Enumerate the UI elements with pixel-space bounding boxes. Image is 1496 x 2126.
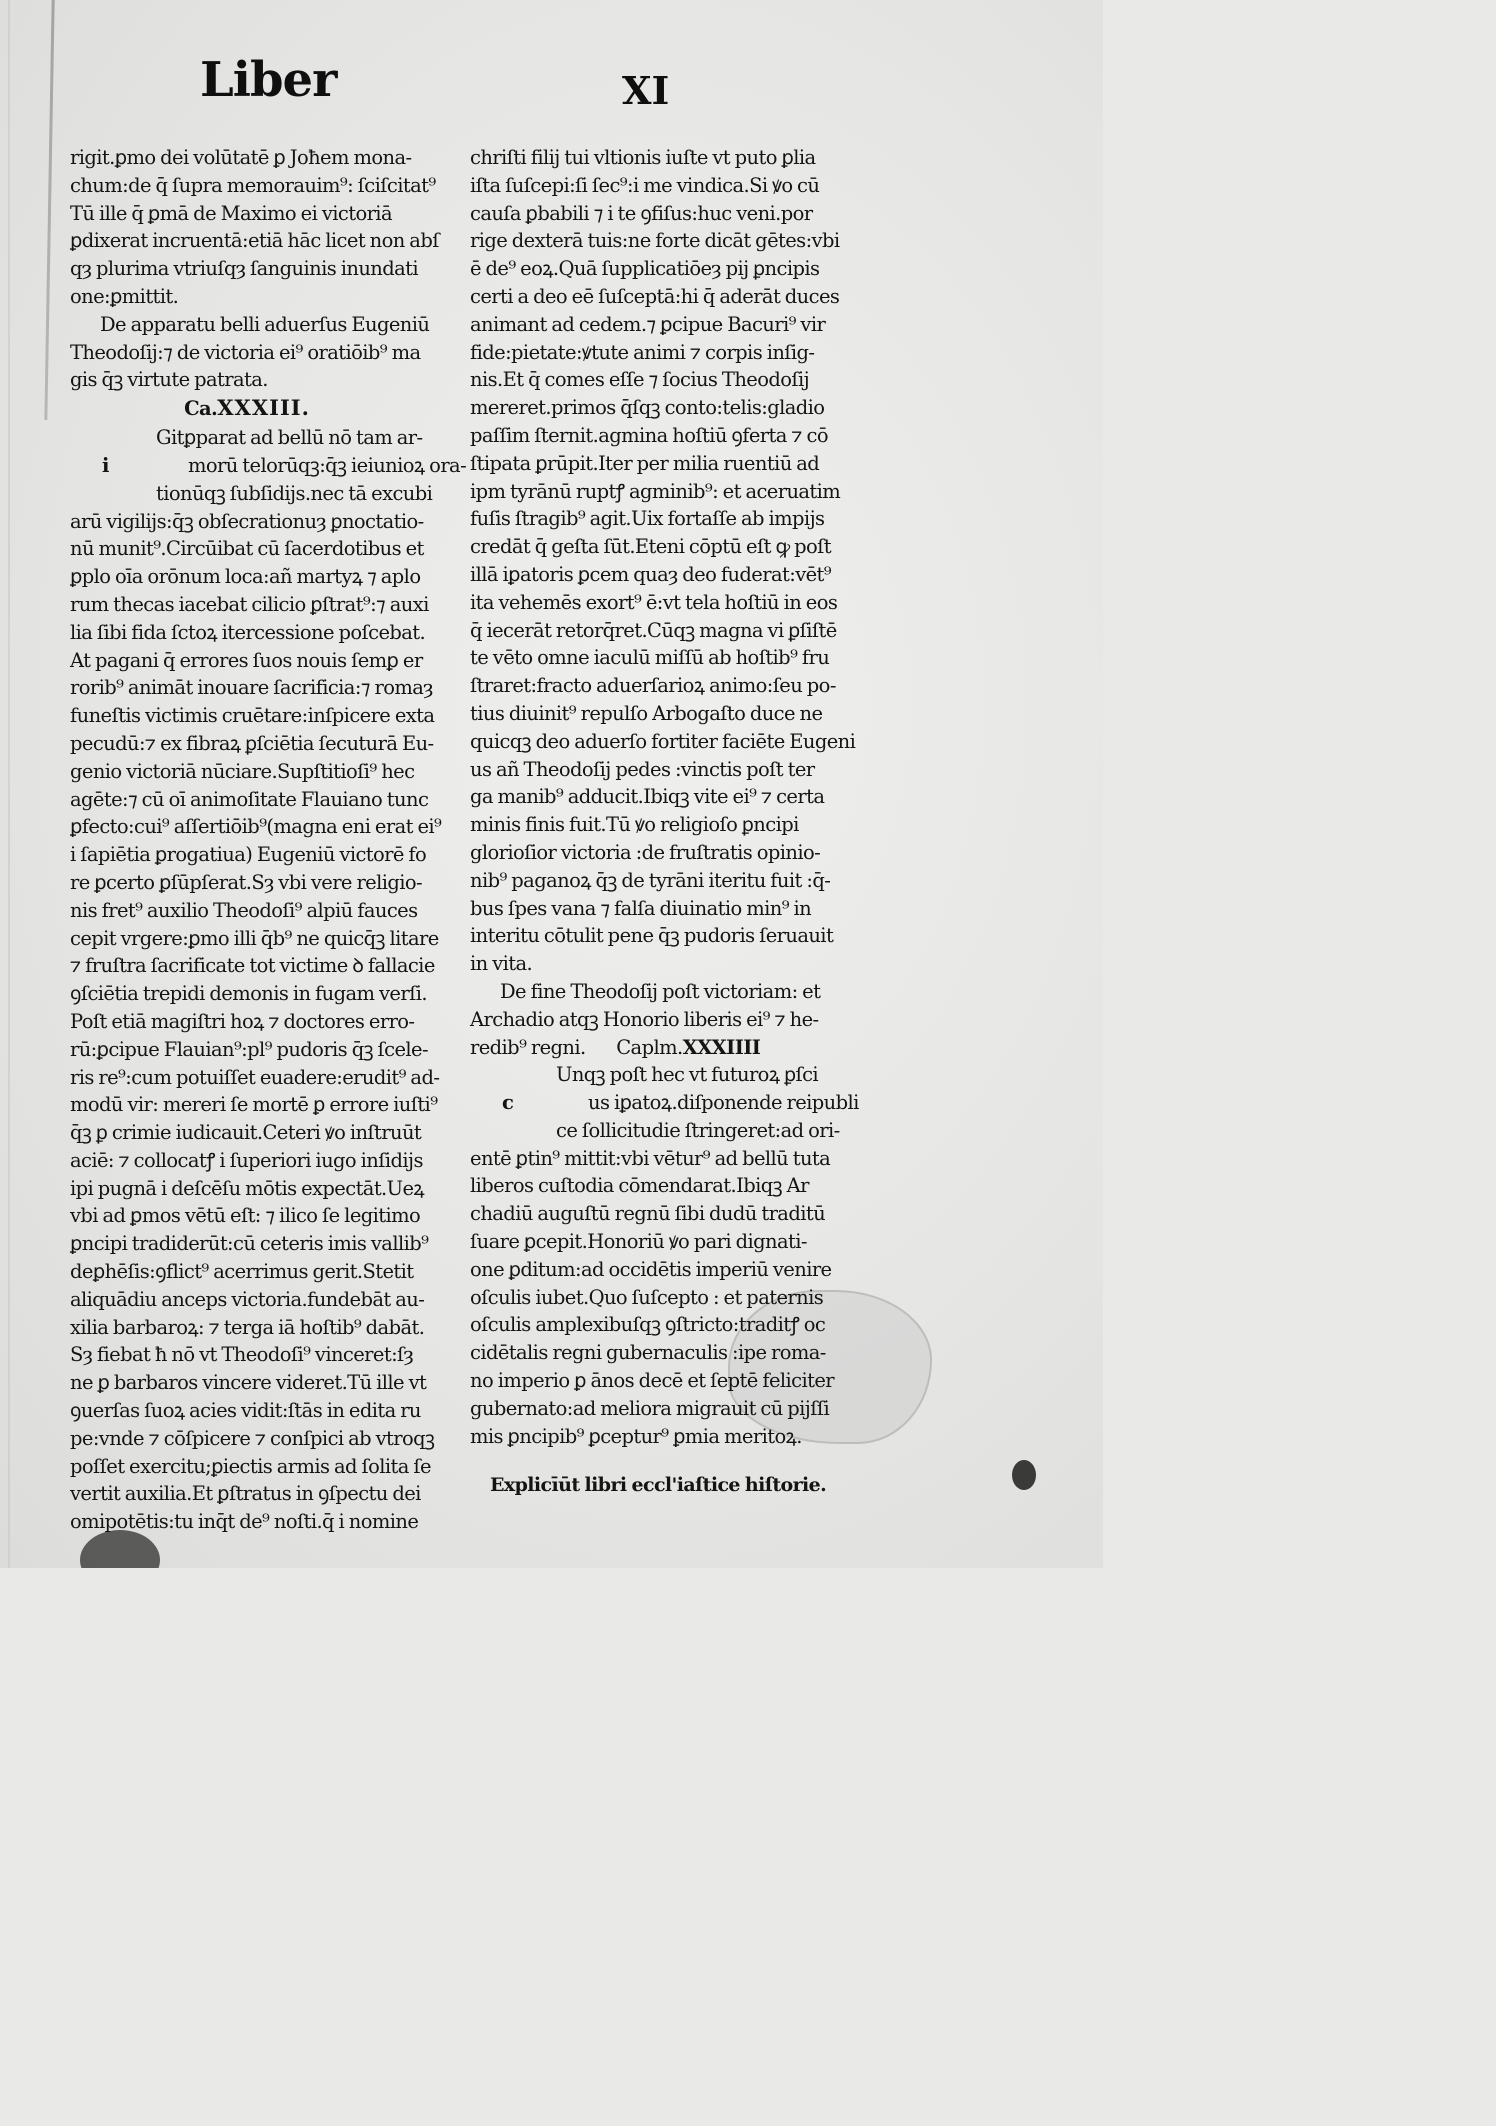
text-line: no imperio ꝑ ānos decē et ſeptē felicite… bbox=[470, 1367, 824, 1395]
text-line: ꝑfecto:cui⁹ aſſertiōib⁹(magna eni erat e… bbox=[70, 813, 424, 841]
text-line: cepit vrgere:ꝑmo illi q̄b⁹ ne quicq̄ꝫ li… bbox=[70, 925, 424, 953]
text-line: ꝯuerſas ſuoꝝ acies vidit:ſtās in edita r… bbox=[70, 1397, 424, 1425]
text-line: re ꝑcerto ꝑſūpſerat.Sȝ vbi vere religio- bbox=[70, 869, 424, 897]
text-line: ſtipata ꝑrūpit.Iter per milia ruentiū ad bbox=[470, 450, 824, 478]
ink-blot bbox=[1012, 1460, 1036, 1490]
text-line: nis.Et q̄ comes eſſe ⁊ ſocius Theodoſij bbox=[470, 366, 824, 394]
text-line: credāt q̄ geſta ſūt.Eteni cōptū eſt ꝙ po… bbox=[470, 533, 824, 561]
text-line: us añ Theodoſij pedes :vinctis poſt ter bbox=[470, 756, 824, 784]
text-line: chadiū auguſtū regnū ſibi dudū traditū bbox=[470, 1200, 824, 1228]
right-column: chriſti filij tui vltionis iuſte vt puto… bbox=[470, 144, 824, 1500]
text-line: quicqꝫ deo aduerſo fortiter faciēte Euge… bbox=[470, 728, 824, 756]
text-line: xilia barbaroꝝ: ⁊ terga iā hoſtib⁹ dabāt… bbox=[70, 1314, 424, 1342]
text-line: ga manib⁹ adducit.Ibiqꝫ vite ei⁹ ⁊ certa bbox=[470, 783, 824, 811]
guide-letter: c bbox=[470, 1089, 588, 1117]
text-line: one:ꝑmittit. bbox=[70, 283, 424, 311]
text-line: ꝯſciētia trepidi demonis in fugam verſi. bbox=[70, 980, 424, 1008]
text-line: ē de⁹ eoꝝ.Quā ſupplicatiōeȝ pij ꝑncipis bbox=[470, 255, 824, 283]
text-line: funeſtis victimis cruētare:inſpicere ext… bbox=[70, 702, 424, 730]
text-line: ſuare ꝑcepit.Honoriū ꝟo pari dignati- bbox=[470, 1228, 824, 1256]
text-line: iſta ſuſcepi:ſi ſec⁹:i me vindica.Si ꝟo … bbox=[470, 172, 824, 200]
text-line: illā iꝑatoris ꝑcem quaȝ deo fuderat:vēt⁹ bbox=[470, 561, 824, 589]
text-line: pe:vnde ⁊ cōſpicere ⁊ conſpici ab vtroqꝫ bbox=[70, 1425, 424, 1453]
text-line: i ſapiētia ꝑrogatiua) Eugeniū victorē fo bbox=[70, 841, 424, 869]
text-line: aciē: ⁊ collocatꝭ i ſuperiori iugo inſid… bbox=[70, 1147, 424, 1175]
text-line: ipm tyrānū ruptꝭ agminib⁹: et aceruatim bbox=[470, 478, 824, 506]
text-line: tius diuinit⁹ repulſo Arbogaſto duce ne bbox=[470, 700, 824, 728]
text-line: deꝑhēſis:ꝯflict⁹ acerrimus gerit.Stetit bbox=[70, 1258, 424, 1286]
text-line: Tū ille q̄ ꝑmā de Maximo ei victoriā bbox=[70, 200, 424, 228]
text-line: mereret.primos q̄ſqꝫ conto:telis:gladio bbox=[470, 394, 824, 422]
text-line: rorib⁹ animāt inouare ſacrificia:⁊ romaȝ bbox=[70, 674, 424, 702]
text-line: Poſt etiā magiſtri hoꝝ ⁊ doctores erro- bbox=[70, 1008, 424, 1036]
text-line: lia ſibi fida ſctoꝝ itercessione poſceba… bbox=[70, 619, 424, 647]
text-line: Gitꝑparat ad bellū nō tam ar- bbox=[70, 424, 424, 452]
chapter-heading-line: Theodoſij:⁊ de victoria ei⁹ oratiōib⁹ ma bbox=[70, 339, 424, 367]
chapter-heading-line: Archadio atqꝫ Honorio liberis ei⁹ ⁊ he- bbox=[470, 1006, 824, 1034]
text-line: chriſti filij tui vltionis iuſte vt puto… bbox=[470, 144, 824, 172]
binding-crease bbox=[44, 0, 54, 420]
text-line: one ꝑditum:ad occidētis imperiū venire bbox=[470, 1256, 824, 1284]
text-line: imorū telorūqꝫ:q̄ꝫ ieiunioꝝ ora- bbox=[70, 452, 424, 480]
text-line: ſtraret:fracto aduerſarioꝝ animo:ſeu po- bbox=[470, 672, 824, 700]
paper-edge bbox=[8, 0, 10, 1568]
text-line: oſculis amplexibuſqꝫ ꝯſtricto:traditꝭ oc bbox=[470, 1311, 824, 1339]
text-line: modū vir: mereri ſe mortē ꝑ errore iuſti… bbox=[70, 1091, 424, 1119]
text-line: ita vehemēs exort⁹ ē:vt tela hoſtiū in e… bbox=[470, 589, 824, 617]
chapter-heading-line: redib⁹ regni. Caplm.XXXIIII bbox=[470, 1034, 824, 1062]
text-line: aliquādiu anceps victoria.fundebāt au- bbox=[70, 1286, 424, 1314]
text-line: nū munit⁹.Circūibat cū ſacerdotibus et bbox=[70, 535, 424, 563]
text-line: minis finis fuit.Tū ꝟo religioſo ꝑncipi bbox=[470, 811, 824, 839]
text-line: interitu cōtulit pene q̄ꝫ pudoris ſeruau… bbox=[470, 922, 824, 950]
text-line: ipi pugnā i deſcēſu mōtis expectāt.Ueꝝ bbox=[70, 1175, 424, 1203]
text-line: vbi ad ꝑmos vētū eſt: ⁊ ilico ſe legitim… bbox=[70, 1202, 424, 1230]
text-line: qȝ plurima vtriuſqȝ ſanguinis inundati bbox=[70, 255, 424, 283]
chapter-heading-line: De apparatu belli aduerſus Eugeniū bbox=[70, 311, 424, 339]
text-line: ꝑplo oīa orōnum loca:añ martyꝝ ⁊ aplo bbox=[70, 563, 424, 591]
text-line: nis fret⁹ auxilio Theodoſi⁹ alpiū fauces bbox=[70, 897, 424, 925]
manuscript-page: Liber XI rigit.ꝑmo dei volūtatē ꝑ Joħem … bbox=[0, 0, 1103, 1568]
text-line: q̄ꝫ ꝑ crimie iudicauit.Ceteri ꝟo inſtruū… bbox=[70, 1119, 424, 1147]
text-line: rum thecas iacebat cilicio ꝑſtrat⁹:⁊ aux… bbox=[70, 591, 424, 619]
text-line: omipotētis:tu inq̄t de⁹ noſti.q̄ i nomin… bbox=[70, 1508, 424, 1536]
text-line: fuſis ſtragib⁹ agit.Uix fortaſſe ab impi… bbox=[470, 505, 824, 533]
text-line: poſſet exercitu;ꝑiectis armis ad ſolita … bbox=[70, 1453, 424, 1481]
text-line: entē ꝑtin⁹ mittit:vbi vētur⁹ ad bellū tu… bbox=[470, 1145, 824, 1173]
text-line: genio victoriā nūciare.Supſtitioſi⁹ hec bbox=[70, 758, 424, 786]
text-line: rū:ꝑcipue Flauian⁹:pl⁹ pudoris q̄ꝫ ſcele… bbox=[70, 1036, 424, 1064]
text-line: glorioſior victoria :de fruſtratis opini… bbox=[470, 839, 824, 867]
text-line: q̄ iecerāt retorq̄ret.Cūqꝫ magna vi ꝑſiſ… bbox=[470, 617, 824, 645]
text-line: mis ꝑncipib⁹ ꝑceptur⁹ ꝑmia meritoꝝ. bbox=[470, 1423, 824, 1451]
chapter-heading-line: gis q̄ꝫ virtute patrata. bbox=[70, 366, 424, 394]
explicit-colophon: Explicīūt libri eccl'iaſtice hiſtorie. bbox=[470, 1472, 824, 1500]
text-line: ꝑdixerat incruentā:etiā hāc licet non ab… bbox=[70, 227, 424, 255]
folio-number: XI bbox=[622, 68, 669, 113]
chapter-label: Ca. bbox=[184, 397, 217, 420]
text-line: Unqꝫ poſt hec vt futuroꝝ ꝑſci bbox=[470, 1061, 824, 1089]
text-line: agēte:⁊ cū oī animoſitate Flauiano tunc bbox=[70, 786, 424, 814]
text-line: fide:pietate:ꝟtute animi ⁊ corpis inſig- bbox=[470, 339, 824, 367]
text-line: bus ſpes vana ⁊ falſa diuinatio min⁹ in bbox=[470, 895, 824, 923]
text-line: paſſim ſternit.agmina hoſtiū ꝯferta ⁊ cō bbox=[470, 422, 824, 450]
text-line: oſculis iubet.Quo ſuſcepto : et paternis bbox=[470, 1284, 824, 1312]
text-line: Sȝ fiebat ħ nō vt Theodoſi⁹ vinceret:ſȝ bbox=[70, 1341, 424, 1369]
text-line: rige dexterā tuis:ne forte dicāt gētes:v… bbox=[470, 227, 824, 255]
text-line: tionūqꝫ ſubſidijs.nec tā excubi bbox=[70, 480, 424, 508]
chapter-numeral: XXXIIII bbox=[683, 1036, 761, 1059]
guide-letter: i bbox=[70, 452, 188, 480]
text-line: vertit auxilia.Et ꝑſtratus in ꝯſpectu de… bbox=[70, 1480, 424, 1508]
chapter-numeral: XXXIII. bbox=[217, 395, 310, 420]
text-line: pecudū:⁊ ex fibraꝝ ꝑſciētia ſecuturā Eu- bbox=[70, 730, 424, 758]
text-line: rigit.ꝑmo dei volūtatē ꝑ Joħem mona- bbox=[70, 144, 424, 172]
running-head: Liber bbox=[200, 52, 336, 108]
text-line: ꝑncipi tradiderūt:cū ceteris imis vallib… bbox=[70, 1230, 424, 1258]
chapter-heading-line: De fine Theodoſij poſt victoriam: et bbox=[470, 978, 824, 1006]
text-line: certi a deo eē ſuſceptā:hi q̄ aderāt duc… bbox=[470, 283, 824, 311]
chapter-label: Caplm. bbox=[590, 1036, 682, 1059]
text-line: ce ſollicitudie ſtringeret:ad ori- bbox=[470, 1117, 824, 1145]
text-line: cidētalis regni gubernaculis :ipe roma- bbox=[470, 1339, 824, 1367]
left-column: rigit.ꝑmo dei volūtatē ꝑ Joħem mona- chu… bbox=[70, 144, 424, 1536]
text-line: nib⁹ paganoꝝ q̄ꝫ de tyrāni iteritu fuit … bbox=[470, 867, 824, 895]
text-line: te vēto omne iaculū miſſū ab hoſtib⁹ fru bbox=[470, 644, 824, 672]
text-line: cus iꝑatoꝝ.diſponende reipubli bbox=[470, 1089, 824, 1117]
text-line: ⁊ fruſtra ſacrificate tot victime ꝺ fall… bbox=[70, 952, 424, 980]
text-line: At pagani q̄ errores ſuos nouis ſemꝑ er bbox=[70, 647, 424, 675]
text-line: ris re⁹:cum potuiſſet euadere:erudit⁹ ad… bbox=[70, 1064, 424, 1092]
text-line: animant ad cedem.⁊ ꝑcipue Bacuri⁹ vir bbox=[470, 311, 824, 339]
text-line: gubernato:ad meliora migrauit cū pijſſi bbox=[470, 1395, 824, 1423]
text-line: chum:de q̄ ſupra memorauim⁹: ſciſcitat⁹ bbox=[70, 172, 424, 200]
text-line: liberos cuſtodia cōmendarat.Ibiqꝫ Ar bbox=[470, 1172, 824, 1200]
text-line: cauſa ꝑbabili ⁊ i te ꝯfiſus:huc veni.por bbox=[470, 200, 824, 228]
text-line: ne ꝑ barbaros vincere videret.Tū ille vt bbox=[70, 1369, 424, 1397]
text-line: in vita. bbox=[470, 950, 824, 978]
text-line: arū vigilijs:q̄ꝫ obſecrationuȝ ꝑnoctatio… bbox=[70, 508, 424, 536]
chapter-number: Ca.XXXIII. bbox=[70, 394, 424, 424]
